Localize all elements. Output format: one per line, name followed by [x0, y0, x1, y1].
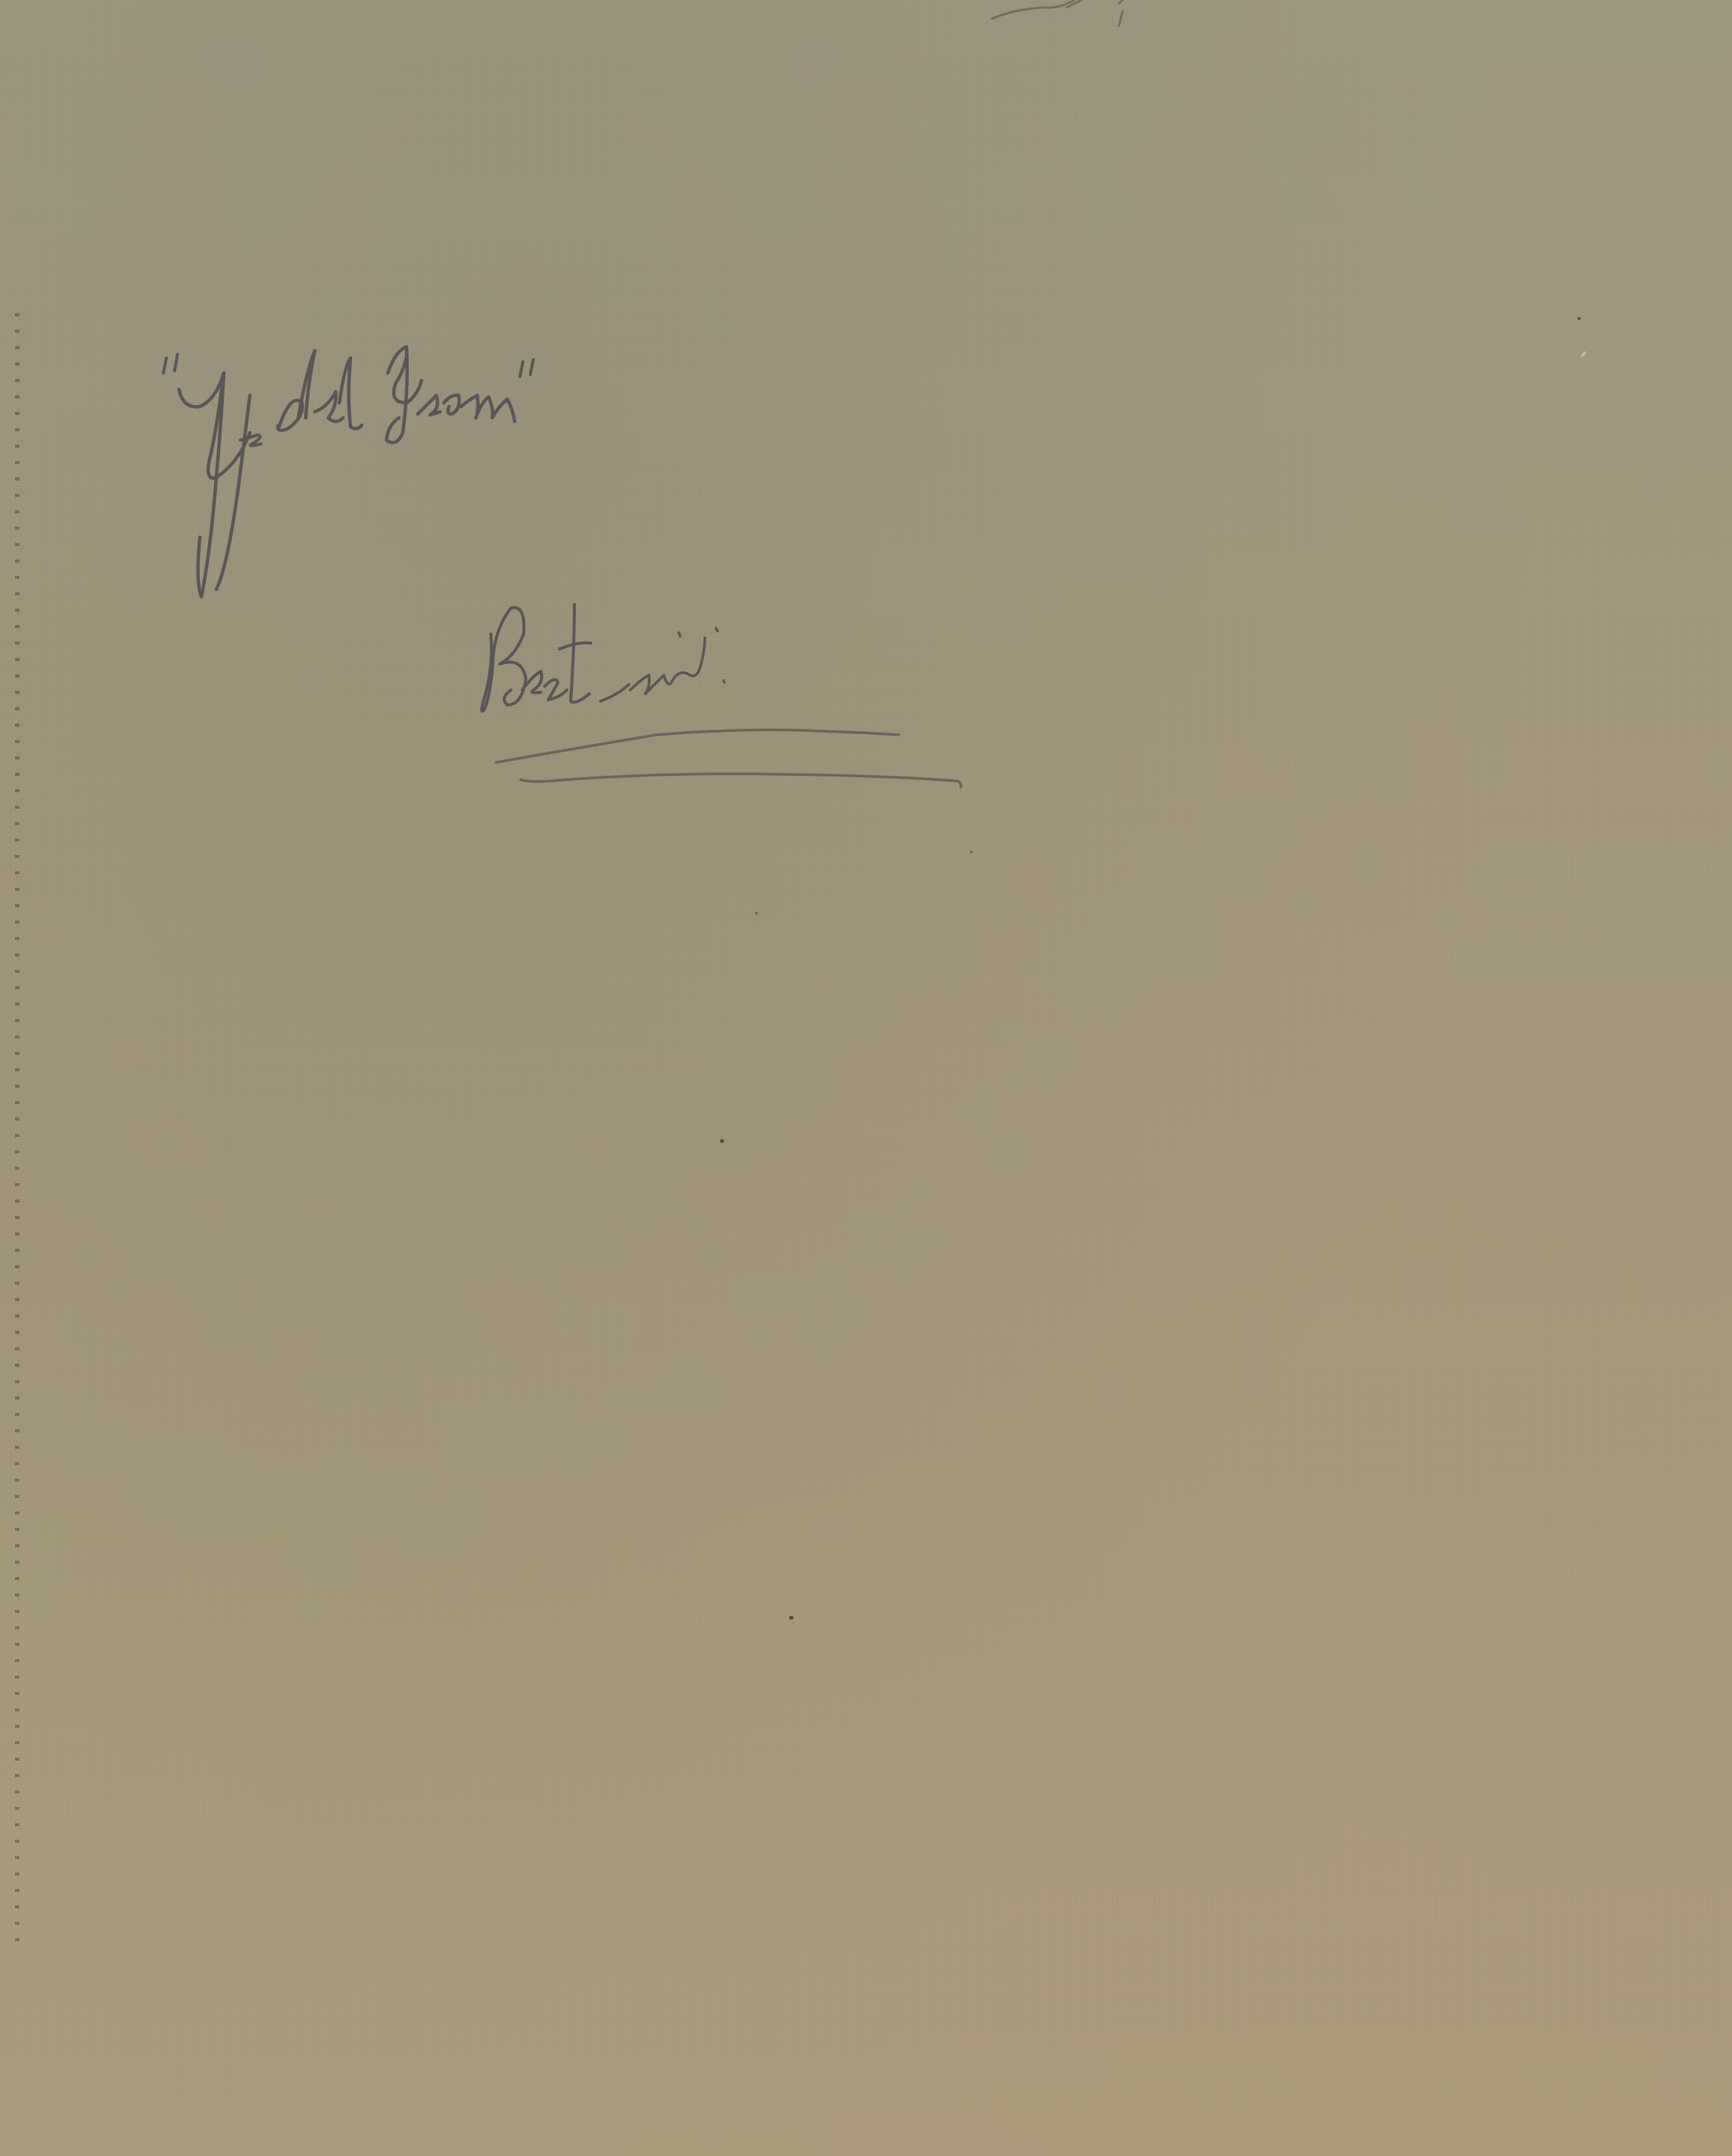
paper-speck — [970, 850, 973, 853]
paper-speck — [789, 1616, 794, 1620]
paper-speck — [755, 912, 758, 915]
line-1-text: “Ye old Team” — [172, 351, 650, 429]
line-2-text: Best ever. — [492, 627, 827, 705]
handwriting-layer: “Ye old Team” Best ever. — [0, 0, 1732, 2156]
double-underline — [496, 730, 961, 787]
scanned-paper-page: “Ye old Team” Best ever. — [0, 0, 1732, 2156]
paper-speck — [720, 1139, 724, 1143]
paper-speck — [1578, 317, 1581, 320]
handwriting-strokes — [0, 0, 1732, 2156]
top-edge-mark — [992, 0, 1130, 26]
